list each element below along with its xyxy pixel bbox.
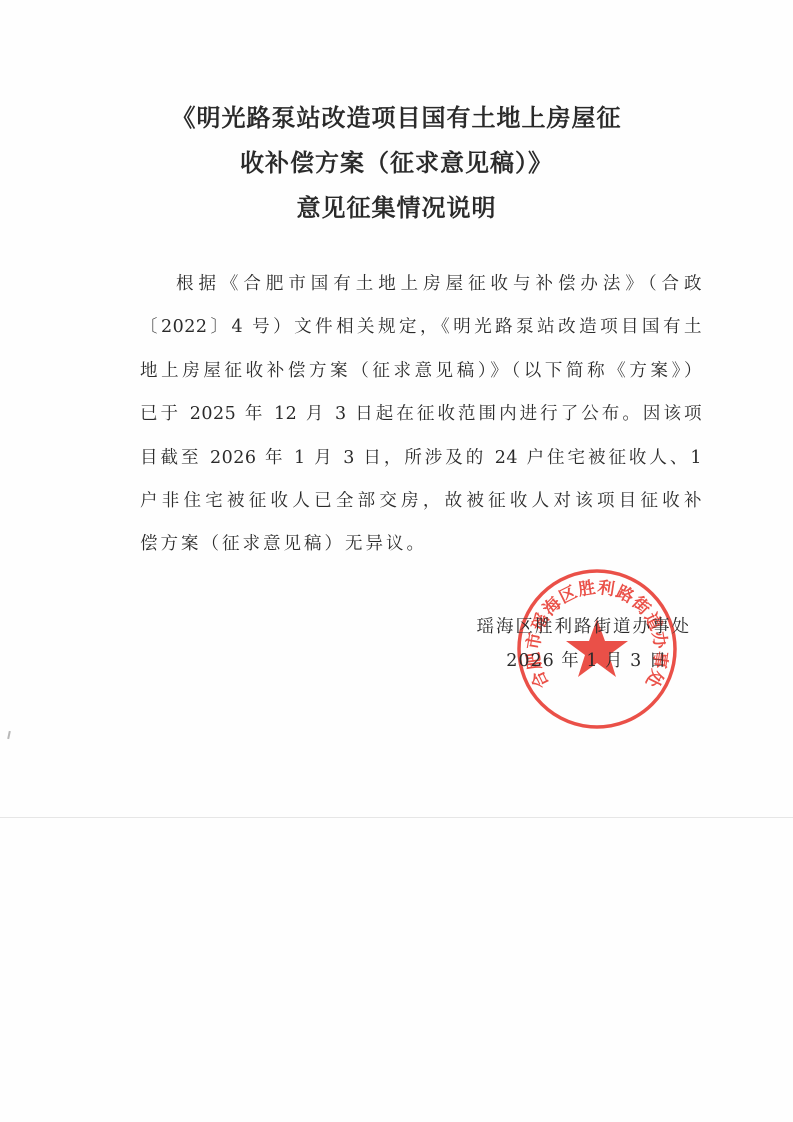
signature-block: 瑶海区胜利路街道办事处 2026 年 1 月 3 日 xyxy=(477,610,692,678)
signing-organization: 瑶海区胜利路街道办事处 xyxy=(477,610,692,644)
body-line-5: 目截至 2026 年 1 月 3 日，所涉及的 24 户住宅被征收人、1 xyxy=(140,437,702,480)
body-line-2: 〔2022〕4 号）文件相关规定，《明光路泵站改造项目国有土 xyxy=(140,306,702,349)
document-title: 《明光路泵站改造项目国有土地上房屋征 收补偿方案（征求意见稿）》 意见征集情况说… xyxy=(0,96,793,231)
body-line-6: 户非住宅被征收人已全部交房，故被征收人对该项目征收补 xyxy=(140,480,702,523)
body-line-7: 偿方案（征求意见稿）无异议。 xyxy=(140,523,702,566)
signing-date: 2026 年 1 月 3 日 xyxy=(477,644,692,678)
document-page: 《明光路泵站改造项目国有土地上房屋征 收补偿方案（征求意见稿）》 意见征集情况说… xyxy=(0,0,793,1122)
body-line-3: 地上房屋征收补偿方案（征求意见稿）》（以下简称《方案》） xyxy=(140,350,702,393)
body-line-4: 已于 2025 年 12 月 3 日起在征收范围内进行了公布。因该项 xyxy=(140,393,702,436)
body-line-1: 根据《合肥市国有土地上房屋征收与补偿办法》（合政 xyxy=(140,263,702,306)
scan-artifact-mark xyxy=(7,731,11,739)
scan-fold-line xyxy=(0,817,793,818)
body-paragraph: 根据《合肥市国有土地上房屋征收与补偿办法》（合政 〔2022〕4 号）文件相关规… xyxy=(140,263,702,567)
title-line-3: 意见征集情况说明 xyxy=(0,186,793,231)
title-line-2: 收补偿方案（征求意见稿）》 xyxy=(0,141,793,186)
title-line-1: 《明光路泵站改造项目国有土地上房屋征 xyxy=(0,96,793,141)
